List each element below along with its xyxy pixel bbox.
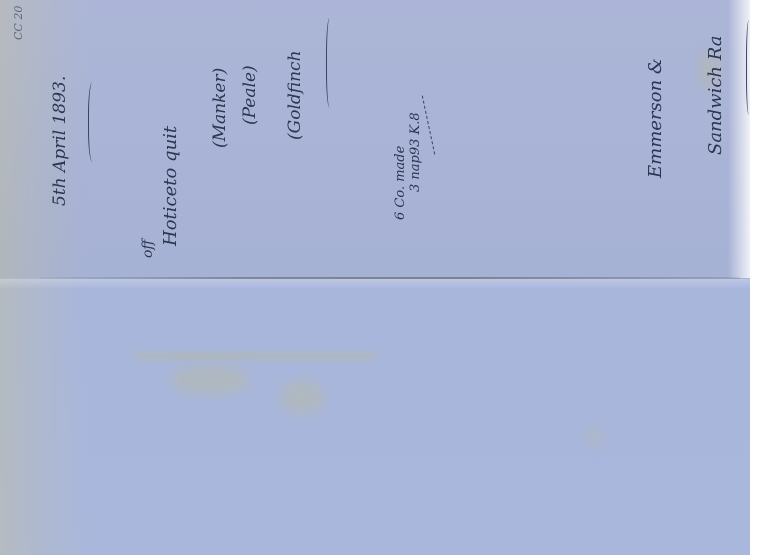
stain [170,365,250,395]
name-1: (Manker) [210,68,230,148]
document-sheet: CC 20 5th April 1893. off Hoticeto quit … [0,0,758,555]
note-line-1: 6 Co. made [393,146,408,220]
name-3: (Goldfinch [285,50,305,140]
stain [280,380,325,415]
stain [588,428,602,446]
date-flourish [88,82,99,162]
names-flourish [326,18,335,108]
date-text: 5th April 1893. [50,76,70,206]
stain-band [135,352,375,360]
addressee-flourish [746,20,753,115]
subject-text: Hoticeto quit [160,126,181,246]
addressee-line-2: Sandwich Ra [705,36,726,155]
fold-highlight [0,279,758,289]
addressee-line-1: Emmerson & [645,58,666,178]
name-2: (Peale) [240,65,260,125]
note-line-2: 3 nap93 K.8 [408,112,423,192]
subject-prefix: off [140,240,156,258]
reference-mark: CC 20 [12,6,25,40]
